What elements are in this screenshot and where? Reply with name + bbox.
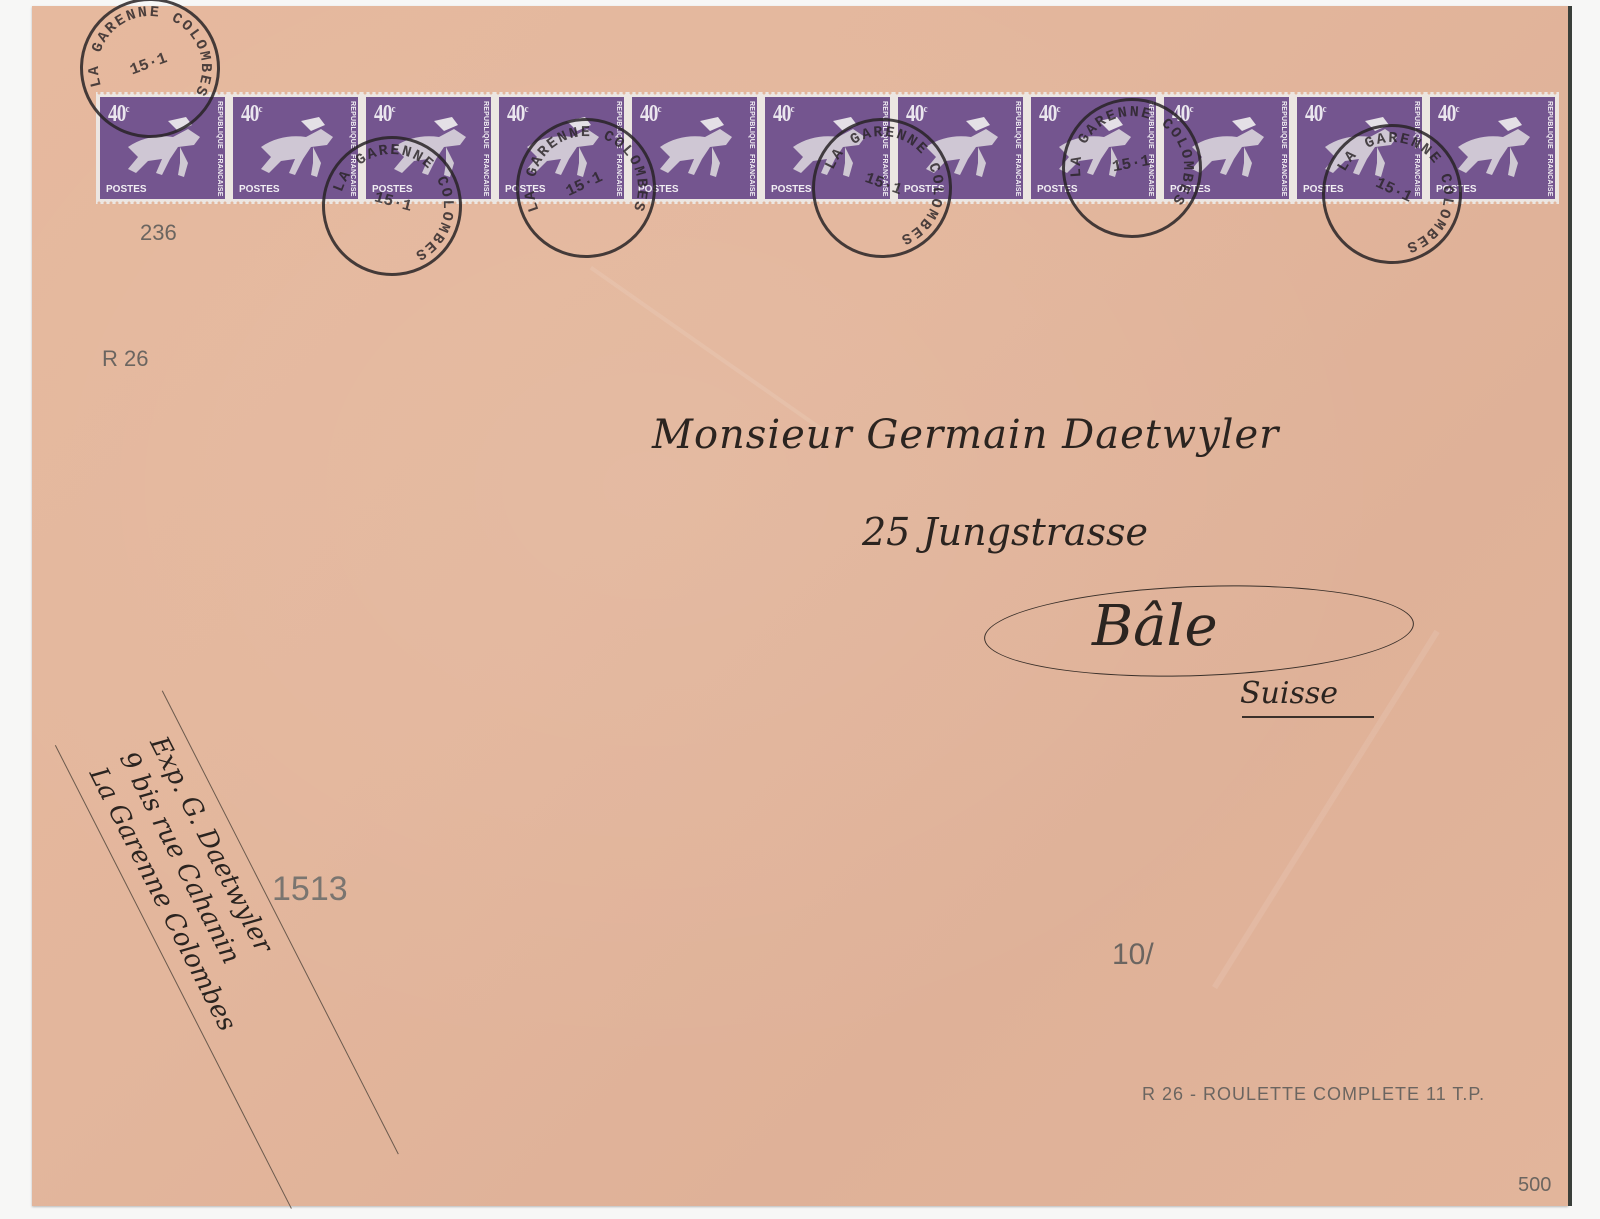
pencil-note-236: 236 [140,220,177,246]
stamp-postes-label: POSTES [239,184,280,195]
pencil-note-description: R 26 - ROULETTE COMPLETE 11 T.P. [1142,1084,1485,1105]
envelope: 40c POSTES REPUBLIQUEFRANCAISE 40c POSTE… [32,6,1568,1206]
address-line-2: 25 Jungstrasse [862,510,1148,554]
stamp-country-label: REPUBLIQUEFRANCAISE [1280,101,1287,197]
pencil-note-1513: 1513 [272,870,348,909]
country-underline [1242,716,1374,718]
address-line-1: Monsieur Germain Daetwyler [652,412,1279,458]
pencil-note-price: 500 [1518,1174,1551,1197]
pencil-note-10: 10/ [1112,938,1154,972]
pencil-note-r26: R 26 [102,346,148,372]
postmark: LA GARENNE COLOMBES15·1 [1051,87,1213,249]
address-country: Suisse [1240,676,1338,711]
stamp-country-label: REPUBLIQUEFRANCAISE [1546,101,1553,197]
stamp-country-label: REPUBLIQUEFRANCAISE [1014,101,1021,197]
stamp-country-label: REPUBLIQUEFRANCAISE [482,101,489,197]
address-city: Bâle [1092,594,1218,659]
sender-block: Exp. G. Daetwyler 9 bis rue Cahanin La G… [45,696,388,1214]
sower-icon [650,107,748,187]
stamp-postes-label: POSTES [106,184,147,195]
stamp-country-label: REPUBLIQUEFRANCAISE [748,101,755,197]
